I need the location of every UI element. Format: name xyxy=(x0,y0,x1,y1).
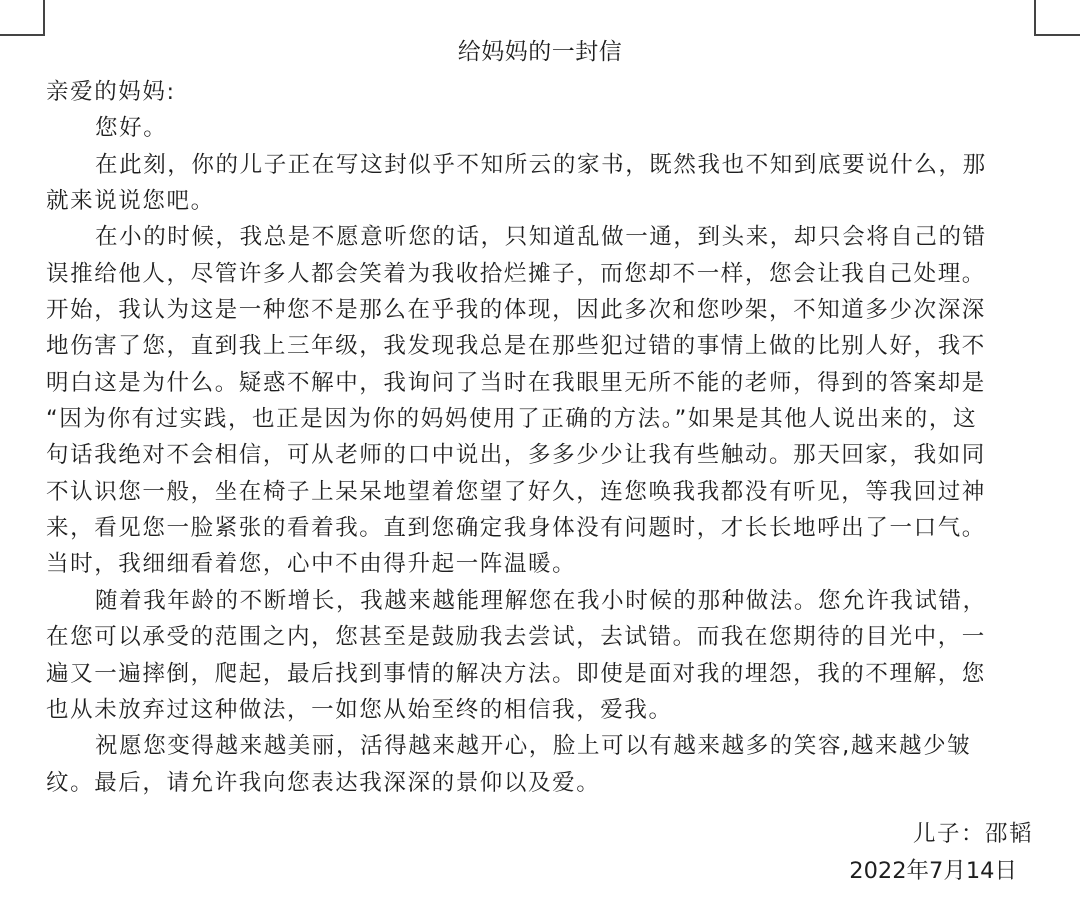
paragraph-3-line: 遍又一遍摔倒，爬起，最后找到事情的解决方法。即使是面对我的埋怨，我的不理解，您 xyxy=(46,656,1046,692)
paragraph-2-line: 在小的时候，我总是不愿意听您的话，只知道乱做一通，到头来，却只会将自己的错 xyxy=(46,219,1046,255)
page-corner-mark-top-left xyxy=(0,0,45,36)
paragraph-4-line: 纹。最后，请允许我向您表达我深深的景仰以及爱。 xyxy=(46,765,1046,801)
paragraph-2-line: 开始，我认为这是一种您不是那么在乎我的体现，因此多次和您吵架，不知道多少次深深 xyxy=(46,292,1046,328)
paragraph-2-line: 误推给他人，尽管许多人都会笑着为我收拾烂摊子，而您却不一样，您会让我自己处理。 xyxy=(46,256,1046,292)
paragraph-3-line: 也从未放弃过这种做法，一如您从始至终的相信我，爱我。 xyxy=(46,692,1046,728)
page-corner-mark-top-right xyxy=(1034,0,1080,36)
paragraph-2-line: 明白这是为什么。疑惑不解中，我询问了当时在我眼里无所不能的老师，得到的答案却是 xyxy=(46,365,1046,401)
paragraph-3-line: 在您可以承受的范围之内，您甚至是鼓励我去尝试，去试错。而我在您期待的目光中，一 xyxy=(46,619,1046,655)
document-title: 给妈妈的一封信 xyxy=(0,36,1080,68)
letter-date: 2022年7月14日 xyxy=(849,853,1017,889)
letter-body: 亲爱的妈妈: 您好。 在此刻，你的儿子正在写这封似乎不知所云的家书，既然我也不知… xyxy=(46,74,1046,801)
paragraph-4-line: 祝愿您变得越来越美丽，活得越来越开心，脸上可以有越来越多的笑容,越来越少皱 xyxy=(46,728,1046,764)
paragraph-1-line: 就来说说您吧。 xyxy=(46,183,1046,219)
greeting: 您好。 xyxy=(46,110,1046,146)
signature: 儿子：邵韬 xyxy=(913,816,1033,852)
paragraph-2-line: 地伤害了您，直到我上三年级，我发现我总是在那些犯过错的事情上做的比别人好，我不 xyxy=(46,328,1046,364)
paragraph-2-line: 当时，我细细看着您，心中不由得升起一阵温暖。 xyxy=(46,546,1046,582)
paragraph-1-line: 在此刻，你的儿子正在写这封似乎不知所云的家书，既然我也不知到底要说什么，那 xyxy=(46,147,1046,183)
salutation: 亲爱的妈妈: xyxy=(46,74,1046,110)
paragraph-2-line: 句话我绝对不会相信，可从老师的口中说出，多多少少让我有些触动。那天回家，我如同 xyxy=(46,437,1046,473)
paragraph-3-line: 随着我年龄的不断增长，我越来越能理解您在我小时候的那种做法。您允许我试错， xyxy=(46,583,1046,619)
paragraph-2-line: 不认识您一般，坐在椅子上呆呆地望着您望了好久，连您唤我我都没有听见，等我回过神 xyxy=(46,474,1046,510)
paragraph-2-line: 来，看见您一脸紧张的看着我。直到您确定我身体没有问题时，才长长地呼出了一口气。 xyxy=(46,510,1046,546)
paragraph-2-line: “因为你有过实践，也正是因为你的妈妈使用了正确的方法。”如果是其他人说出来的，这 xyxy=(46,401,1046,437)
